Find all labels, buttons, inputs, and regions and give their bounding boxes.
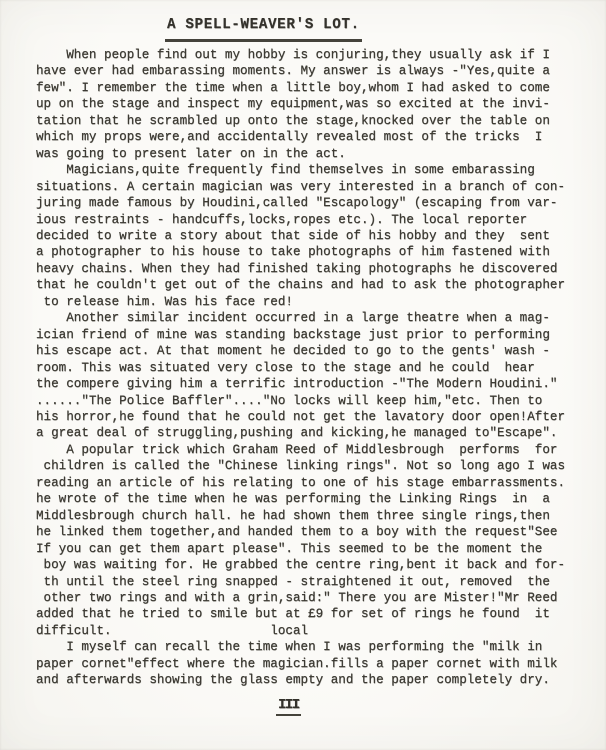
page-number: III (276, 697, 301, 716)
document-page: A SPELL-WEAVER'S LOT. When people find o… (0, 0, 606, 750)
page-title: A SPELL-WEAVER'S LOT. (165, 17, 362, 42)
title-block: A SPELL-WEAVER'S LOT. (165, 15, 362, 42)
body-text: When people find out my hobby is conjuri… (36, 47, 565, 689)
